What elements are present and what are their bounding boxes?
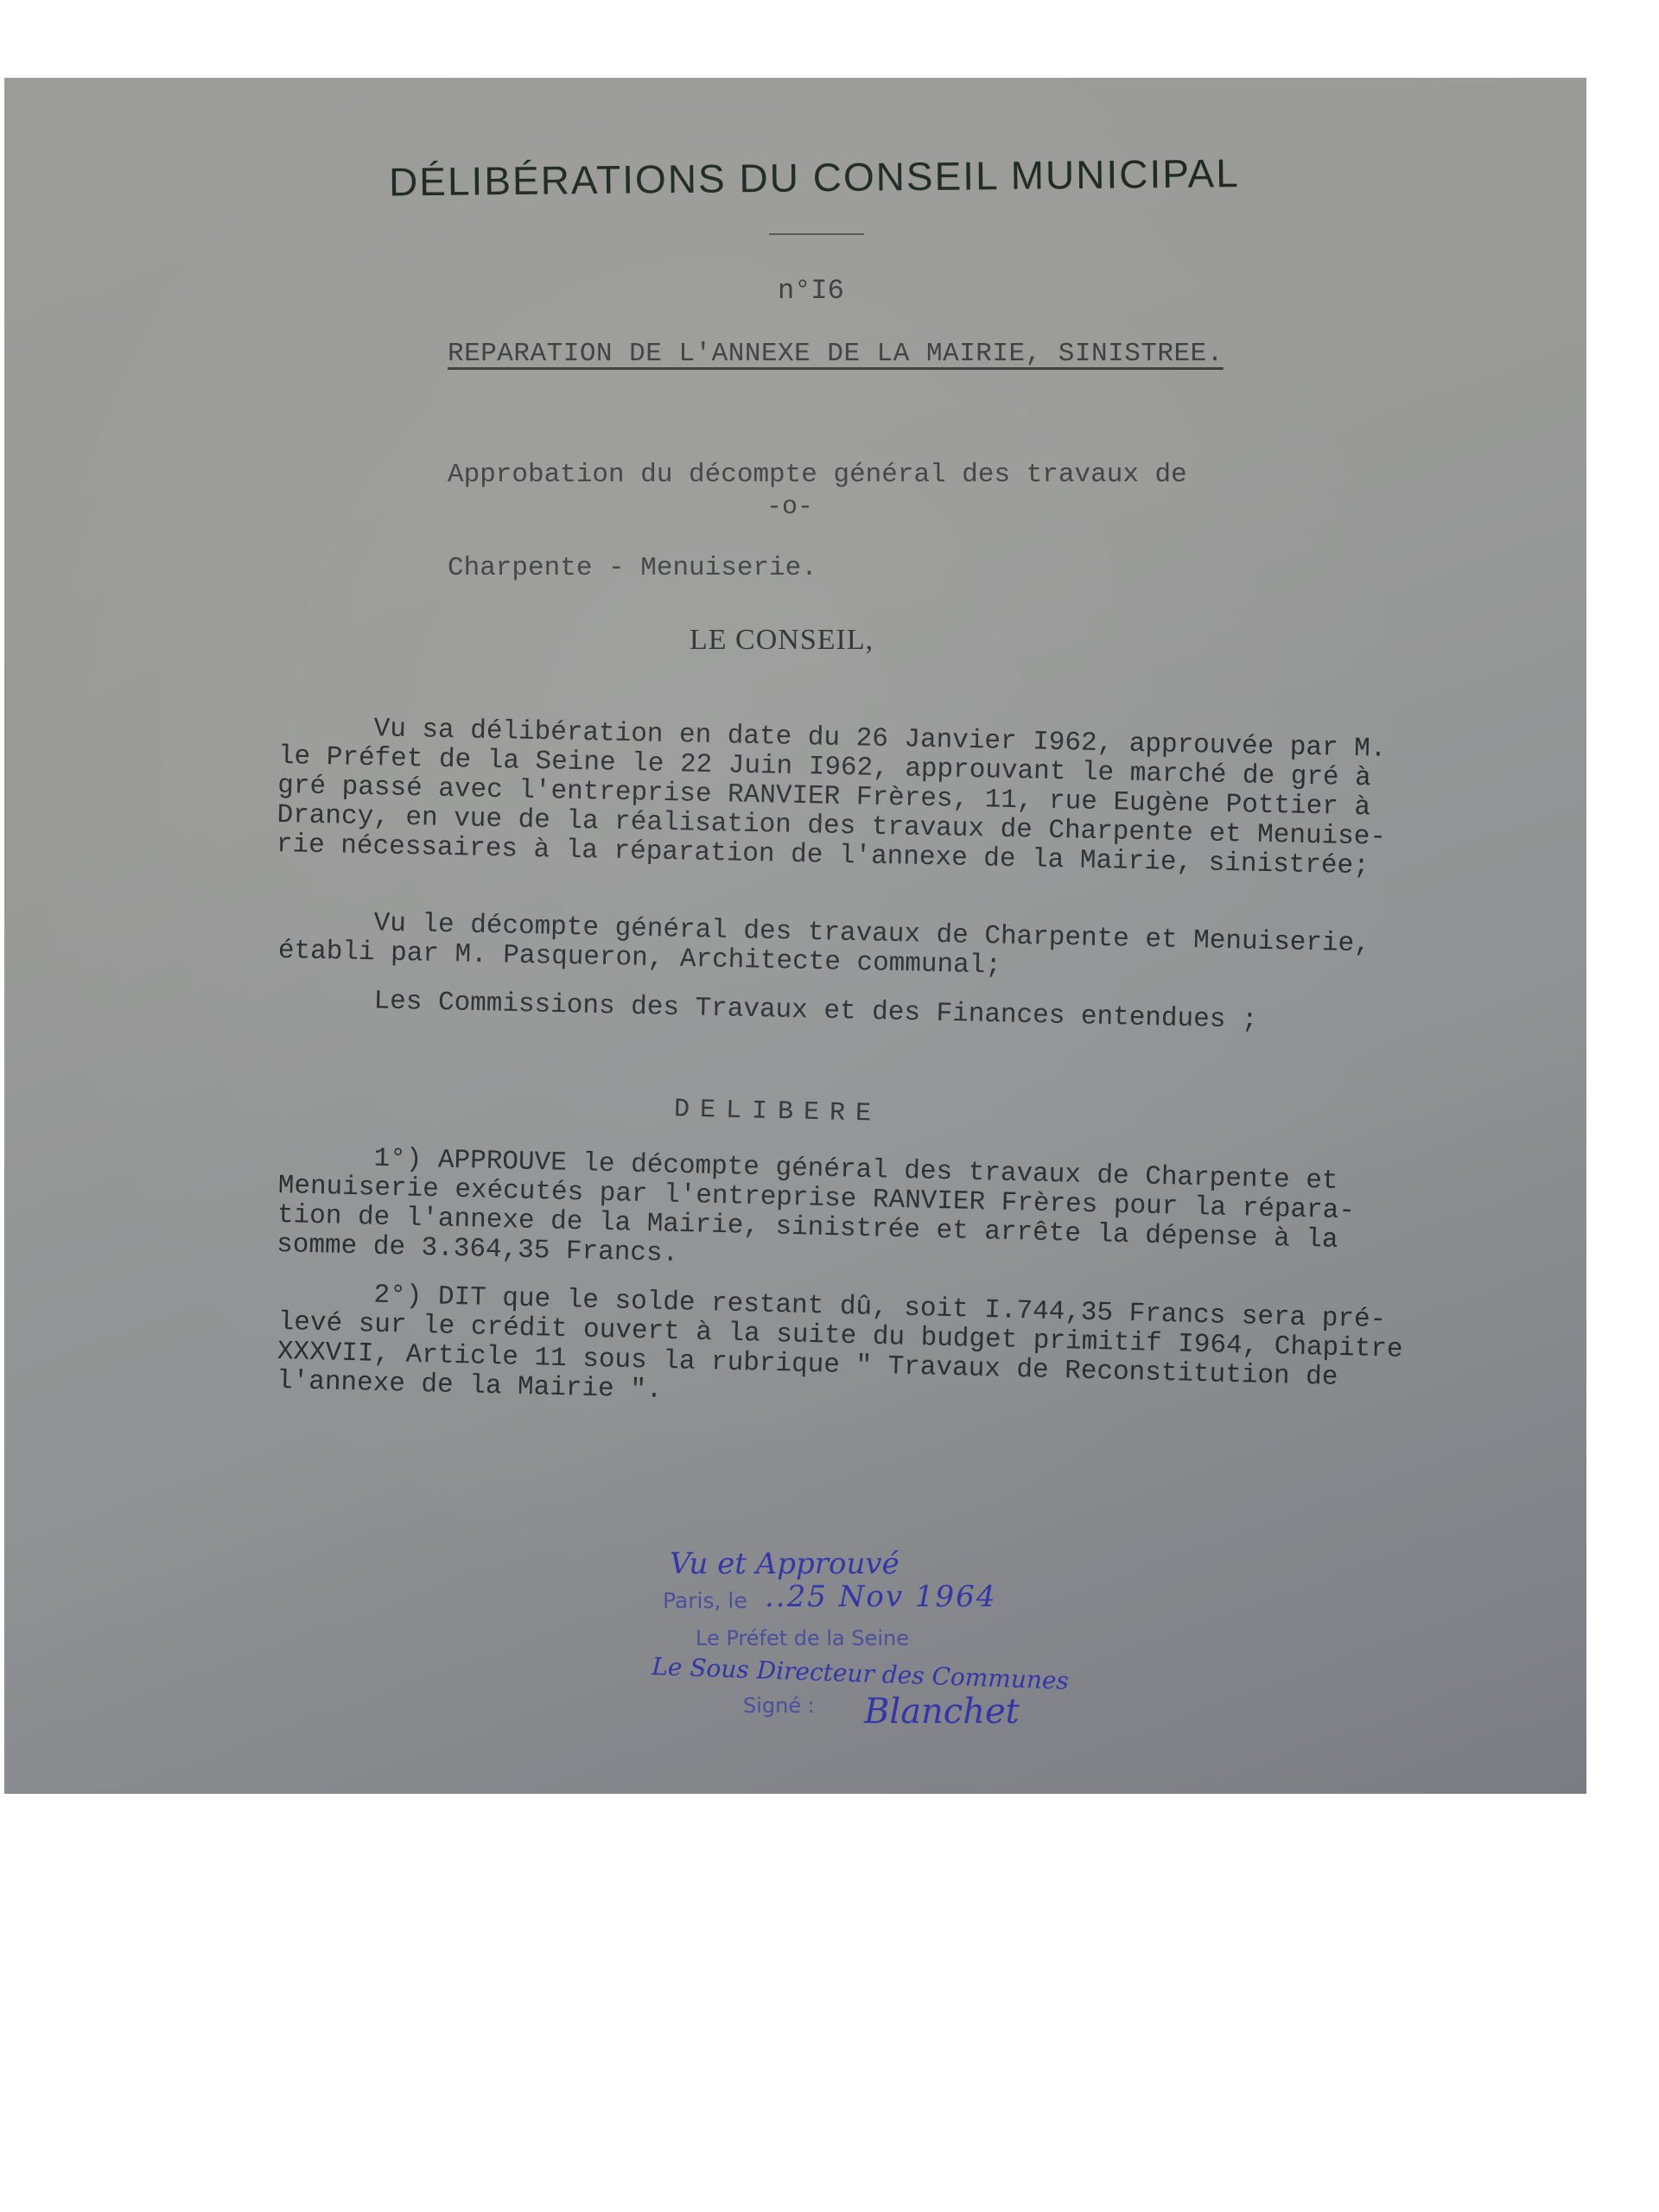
subject-title: REPARATION DE L'ANNEXE DE LA MAIRIE, SIN… <box>448 339 1224 369</box>
approval-date: ..25 Nov 1964 <box>765 1580 996 1614</box>
place-label: Paris, le <box>663 1588 747 1613</box>
consideration-paragraph: Vu sa délibération en date du 26 Janvier… <box>276 713 1558 886</box>
subject-subtitle: Approbation du décompte général des trav… <box>448 397 1187 646</box>
document-header: DÉLIBÉRATIONS DU CONSEIL MUNICIPAL <box>389 149 1288 206</box>
consideration-paragraph: Les Commissions des Travaux et des Finan… <box>278 985 1557 1042</box>
addressee: LE CONSEIL, <box>690 624 874 657</box>
subtitle-line: Charpente - Menuiserie. <box>448 553 1187 584</box>
article-paragraph: 1°) APPROUVE le décompte général des tra… <box>276 1142 1558 1290</box>
signatory-title: Le Sous Directeur des Communes <box>652 1652 1070 1695</box>
header-divider <box>769 233 864 235</box>
article-paragraph: 2°) DIT que le solde restant dû, soit I.… <box>276 1279 1558 1427</box>
consideration-paragraph: Vu le décompte général des travaux de Ch… <box>278 907 1558 993</box>
section-separator: -o- <box>766 493 813 522</box>
signature: Blanchet <box>864 1692 1020 1732</box>
text-line: Les Commissions des Travaux et des Finan… <box>278 985 1557 1042</box>
document-photo: DÉLIBÉRATIONS DU CONSEIL MUNICIPAL n°I6 … <box>4 78 1586 1794</box>
signed-label: Signé : <box>743 1694 815 1718</box>
authority-label: Le Préfet de la Seine <box>696 1626 909 1650</box>
approval-note: Vu et Approuvé <box>670 1547 899 1581</box>
deliberation-number: n°I6 <box>778 275 844 307</box>
approval-stamp: Vu et Approuvé Paris, le ..25 Nov 1964 L… <box>644 1538 1179 1763</box>
subtitle-line: Approbation du décompte général des trav… <box>448 460 1187 491</box>
decision-heading: DELIBERE <box>674 1095 882 1128</box>
